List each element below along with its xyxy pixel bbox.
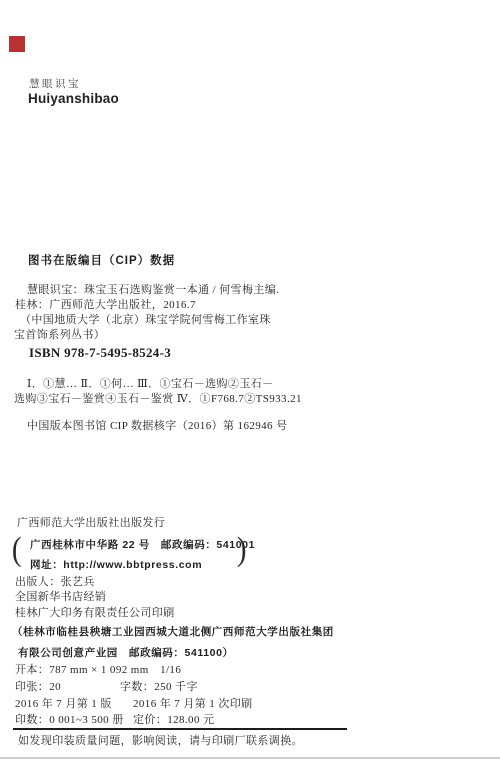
price-label: 定价：128.00 元: [133, 714, 214, 727]
printer-line: 桂林广大印务有限责任公司印刷: [15, 607, 175, 620]
publisher-website: 网址：http://www.bbtpress.com: [30, 559, 202, 572]
publisher-person: 出版人：张艺兵: [15, 576, 95, 589]
format-line: 开本：787 mm × 1 092 mm 1/16: [15, 664, 181, 677]
distribution-line: 全国新华书店经销: [15, 591, 106, 604]
printing-label: 2016 年 7 月第 1 次印刷: [133, 698, 253, 711]
cip-classification-line-2: 选购③宝石－鉴赏④玉石－鉴赏 Ⅳ．①F768.7②TS933.21: [14, 393, 302, 406]
cip-record-number: 中国版本图书馆 CIP 数据核字（2016）第 162946 号: [27, 420, 288, 433]
copyright-page: 慧眼识宝 Huiyanshibao 图书在版编目（CIP）数据 慧眼识宝：珠宝玉…: [0, 0, 500, 762]
cip-entry-line-3: （中国地质大学（北京）珠宝学院何雪梅工作室珠: [20, 314, 271, 327]
publisher-address: 广西桂林市中华路 22 号 邮政编码：541001: [30, 539, 255, 552]
page-bottom-edge: [0, 757, 500, 759]
address-open-paren: (: [12, 533, 22, 567]
sheets-label: 印张：20: [15, 681, 61, 694]
cip-entry-line-1: 慧眼识宝：珠宝玉石选购鉴赏一本通 / 何雪梅主编.: [27, 284, 279, 297]
cip-classification-line-1: Ⅰ．①慧… Ⅱ．①何… Ⅲ．①宝石－选购②玉石－: [27, 378, 274, 391]
print-run-label: 印数：0 001~3 500 册: [15, 714, 124, 727]
red-square-mark: [9, 36, 25, 52]
cip-heading: 图书在版编目（CIP）数据: [28, 255, 175, 269]
series-title-cn: 慧眼识宝: [29, 79, 81, 92]
footer-divider-rule: [13, 728, 347, 730]
printer-address-line-1: （桂林市临桂县秧塘工业园西城大道北侧广西师范大学出版社集团: [12, 626, 334, 639]
printer-address-line-2: 有限公司创意产业园 邮政编码：541100）: [18, 647, 234, 660]
words-label: 字数：250 千字: [120, 681, 198, 694]
edition-label: 2016 年 7 月第 1 版: [15, 698, 112, 711]
series-title-pinyin: Huiyanshibao: [28, 91, 119, 107]
cip-entry-line-4: 宝首饰系列丛书）: [14, 329, 105, 342]
quality-notice: 如发现印装质量问题，影响阅读，请与印刷厂联系调换。: [18, 735, 303, 748]
publisher-line: 广西师范大学出版社出版发行: [17, 517, 165, 530]
address-close-paren: ): [237, 533, 247, 567]
cip-entry-line-2: 桂林：广西师范大学出版社，2016.7: [15, 299, 196, 312]
isbn-number: ISBN 978-7-5495-8524-3: [29, 345, 171, 361]
